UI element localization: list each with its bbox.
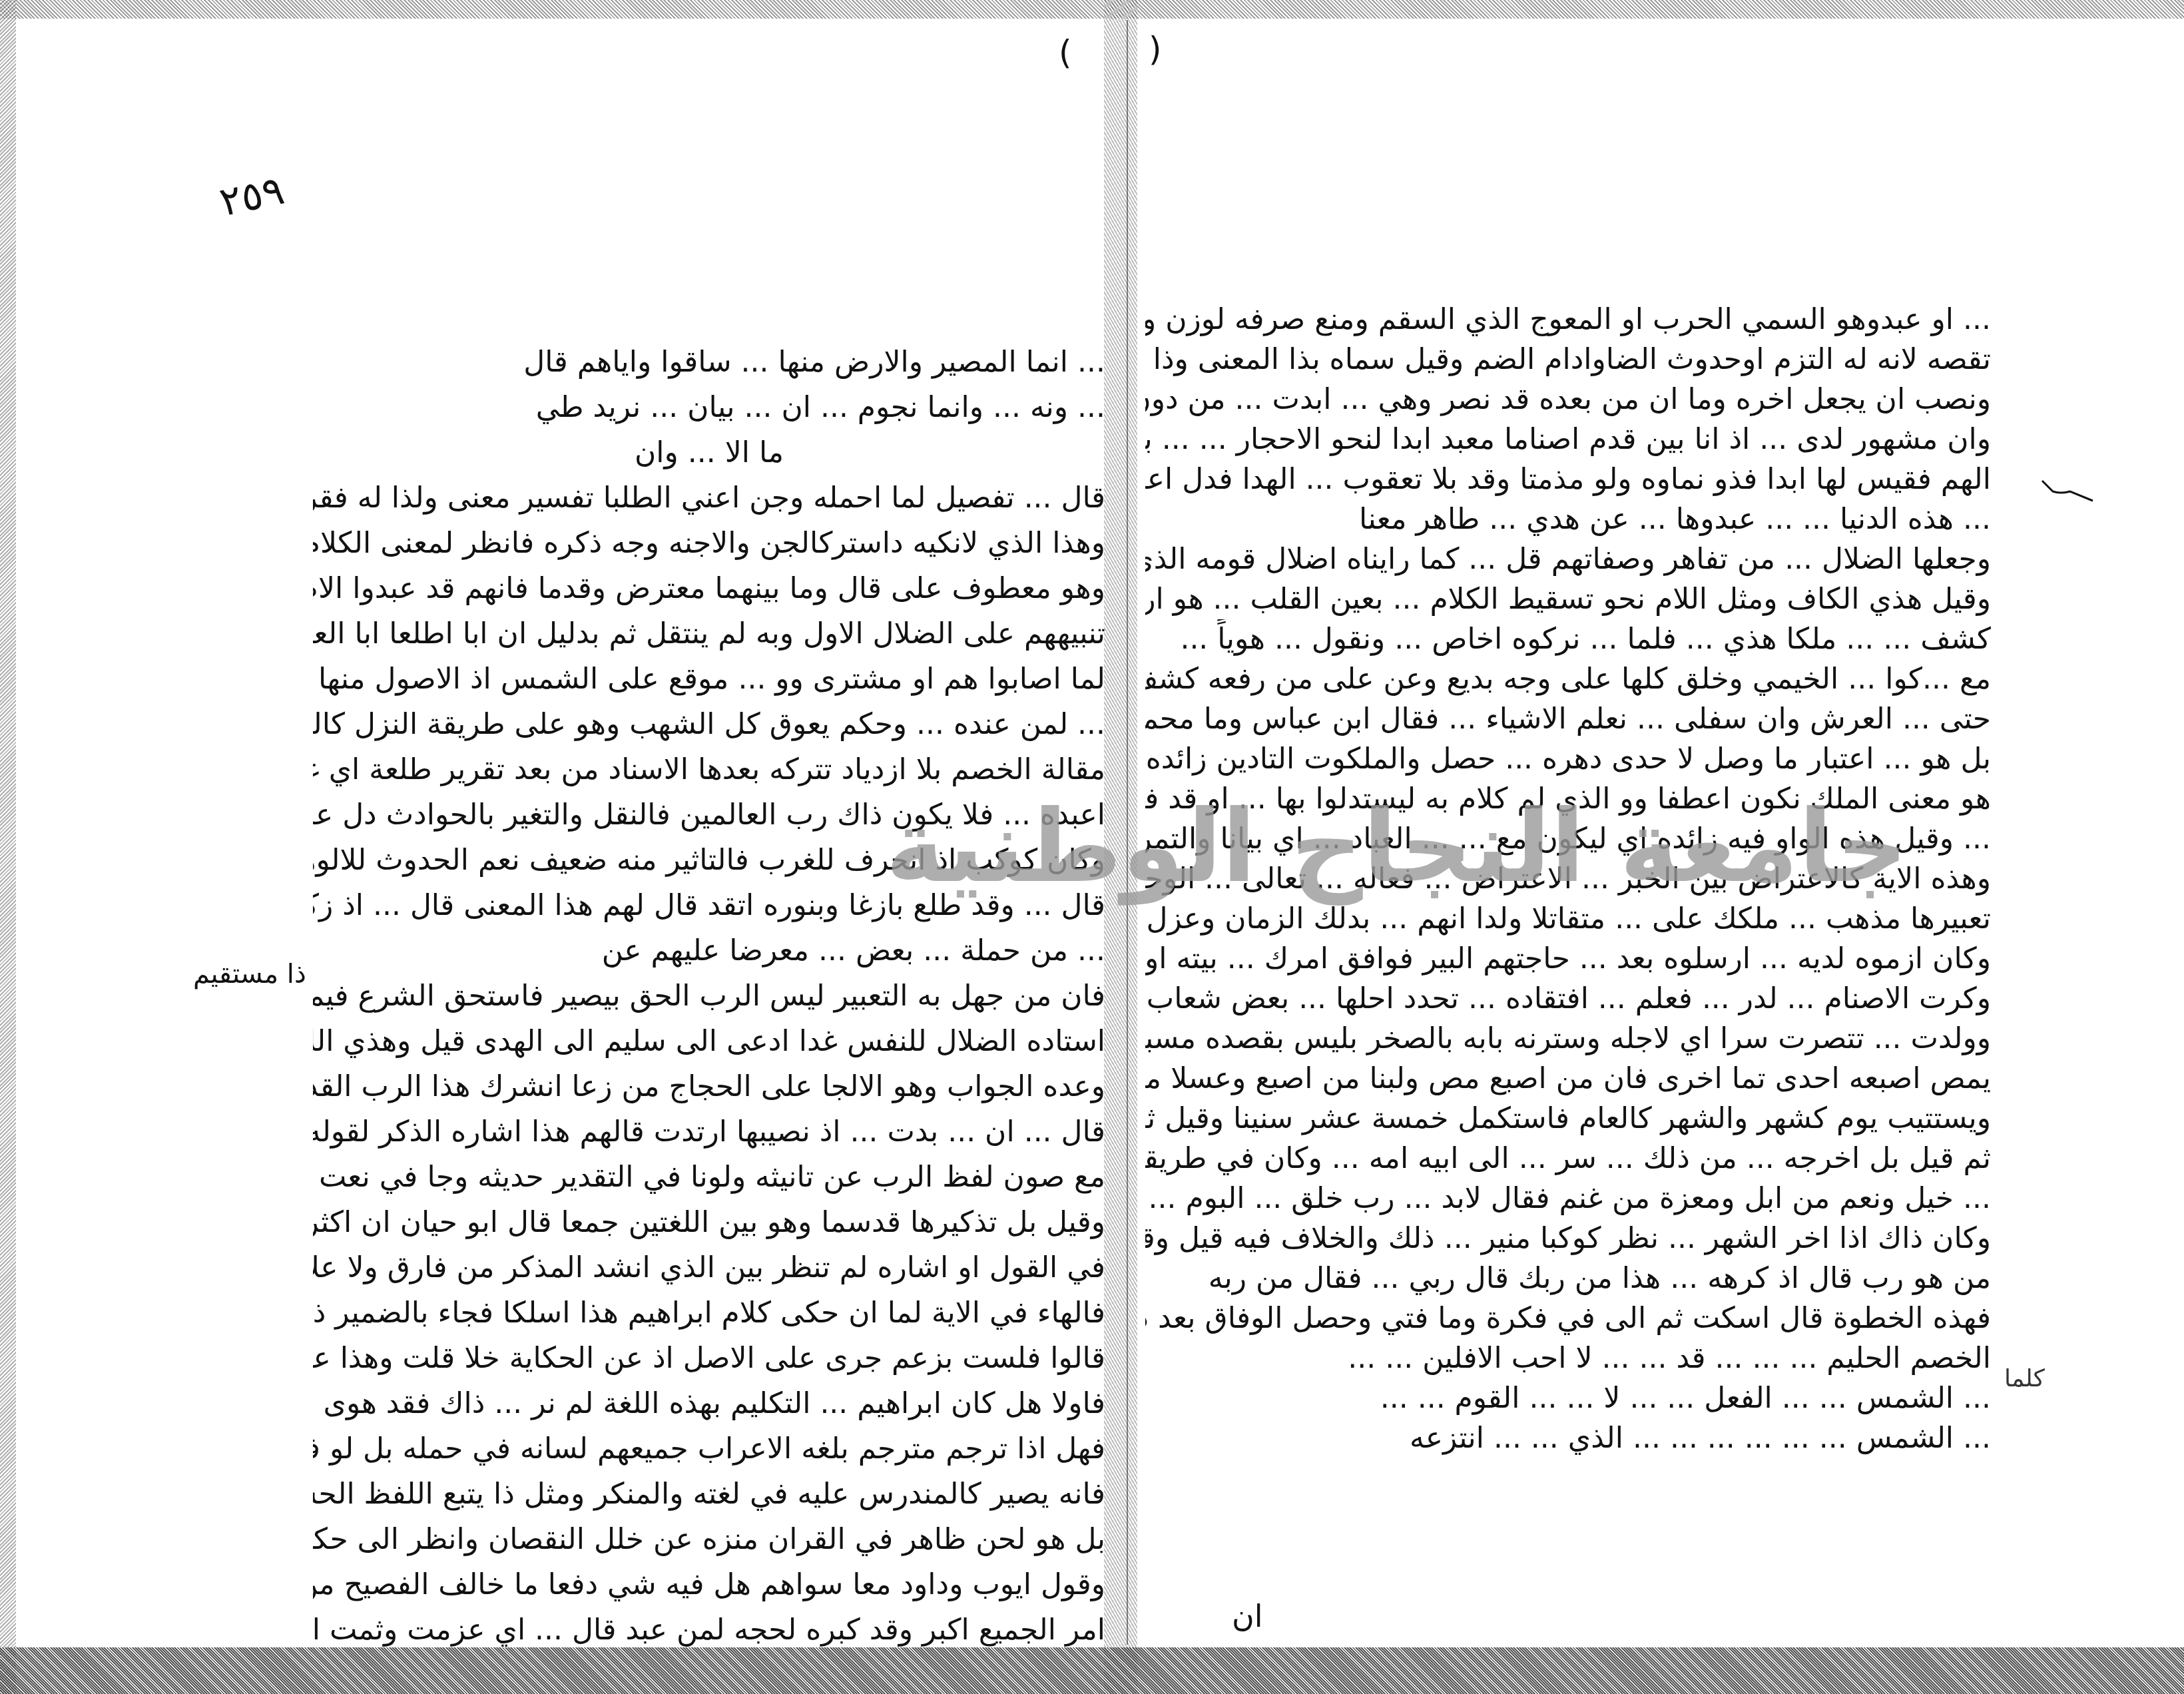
manuscript-line: تعبيرها مذهب ... ملكك على ... متقاتلا ول… xyxy=(1145,899,1991,939)
margin-note-left: ذا مستقيم xyxy=(193,959,306,989)
manuscript-line: قال ... وقد طلع بازغا وبنوره اتقد قال له… xyxy=(313,883,1105,928)
manuscript-line: فان من جهل به التعبير ليس الرب الحق بيصي… xyxy=(313,974,1105,1019)
manuscript-line: مع ...كوا ... الخيمي وخلق كلها على وجه ب… xyxy=(1145,659,1991,699)
book-gutter-shadow xyxy=(1104,0,1137,1694)
manuscript-line: لما اصابوا هم او مشترى وو ... موقع على ا… xyxy=(313,657,1105,702)
manuscript-line: الهم فقيس لها ابدا فذو نماوه ولو مذمتا و… xyxy=(1145,459,1991,499)
right-page: ... او عبدوهو السمي الحرب او المعوج الذي… xyxy=(1145,300,1991,1458)
manuscript-line: ... الشمس ... ... ... ... ... ... الذي .… xyxy=(1145,1418,1991,1458)
manuscript-line: امر الجميع اكبر وقد كبره لحجه لمن عبد قا… xyxy=(313,1607,1105,1653)
manuscript-line: ... هذه الدنيا ... ... عبدوها ... عن هدي… xyxy=(1145,499,1991,539)
manuscript-line: تقصه لانه له التزم اوحدوث الضاوادام الضم… xyxy=(1145,340,1991,380)
gutter-fold-line xyxy=(1127,20,1128,1645)
scan-shadow-top xyxy=(0,0,2184,19)
manuscript-line: ويستتيب يوم كشهر والشهر كالعام فاستكمل خ… xyxy=(1145,1099,1991,1139)
scan-shadow-left xyxy=(0,0,16,1694)
left-page: ... انما المصير والارض منها ... ساقوا وا… xyxy=(313,340,1105,1653)
manuscript-line: وان مشهور لدى ... اذ انا بين قدم اصناما … xyxy=(1145,420,1991,459)
margin-note-right: كلما xyxy=(2004,1365,2045,1392)
manuscript-line: وكان ازموه لديه ... ارسلوه بعد ... حاجته… xyxy=(1145,939,1991,979)
manuscript-line: ... وقيل هذه الواو فيه زائده اي ليكون مع… xyxy=(1145,819,1991,859)
manuscript-line: وكان ذاك اذا اخر الشهر ... نظر كوكبا مني… xyxy=(1145,1219,1991,1259)
manuscript-line: استاده الضلال للنفس غدا ادعى الى سليم ال… xyxy=(313,1019,1105,1064)
manuscript-line: حتى ... العرش وان سفلى ... نعلم الاشياء … xyxy=(1145,699,1991,739)
manuscript-line: ونصب ان يجعل اخره وما ان من بعده قد نصر … xyxy=(1145,380,1991,420)
manuscript-line: يمص اصبعه احدى تما اخرى فان من اصبع مص و… xyxy=(1145,1059,1991,1099)
manuscript-line: قال ... تفصيل لما احمله وجن اعني الطلبا … xyxy=(313,475,1105,521)
manuscript-line: ... انما المصير والارض منها ... ساقوا وا… xyxy=(313,340,1105,385)
folio-number: ٢٥٩ xyxy=(216,167,288,226)
top-mark-right: ) xyxy=(1149,30,1162,69)
manuscript-line: وولدت ... تتصرت سرا اي لاجله وسترنه بابه… xyxy=(1145,1019,1991,1059)
manuscript-line: قالوا فلست بزعم جرى على الاصل اذ عن الحك… xyxy=(313,1336,1105,1381)
manuscript-line: ... من حملة ... بعض ... معرضا عليهم عن xyxy=(313,928,1105,974)
manuscript-line: وقيل بل تذكيرها قدسما وهو بين اللغتين جم… xyxy=(313,1200,1105,1245)
manuscript-line: وهذا الذي لانكيه داستركالجن والاجنه وجه … xyxy=(313,521,1105,566)
manuscript-line: من هو رب قال اذ كرهه ... هذا من ربك قال … xyxy=(1145,1259,1991,1298)
manuscript-line: بل هو لحن ظاهر في القران منزه عن خلل الن… xyxy=(313,1517,1105,1562)
manuscript-line: وهو معطوف على قال وما بينهما معترض وقدما… xyxy=(313,566,1105,611)
manuscript-line: وكان كوكب اذ انحرف للغرب فالتاثير منه ضع… xyxy=(313,838,1105,883)
manuscript-line: فانه يصير كالمندرس عليه في لغته والمنكر … xyxy=(313,1472,1105,1517)
margin-stroke-mark xyxy=(2041,479,2094,506)
manuscript-line: هو معنى الملك نكون اعطفا وو الذي لم كلام… xyxy=(1145,779,1991,819)
manuscript-line: الخصم الحليم ... ... ... قد ... ... لا ا… xyxy=(1145,1338,1991,1378)
manuscript-line: في القول او اشاره لم تنظر بين الذي انشد … xyxy=(313,1245,1105,1290)
manuscript-line: ... خيل ونعم من ابل ومعزة من غنم فقال لا… xyxy=(1145,1179,1991,1219)
manuscript-line: وجعلها الضلال ... من تفاهر وصفاتهم قل ..… xyxy=(1145,539,1991,579)
manuscript-line: فاولا هل كان ابراهيم ... التكليم بهذه ال… xyxy=(313,1381,1105,1426)
manuscript-line: بل هو ... اعتبار ما وصل لا حدى دهره ... … xyxy=(1145,739,1991,779)
manuscript-line: ثم قيل بل اخرجه ... من ذلك ... سر ... ال… xyxy=(1145,1139,1991,1179)
manuscript-line: ... او عبدوهو السمي الحرب او المعوج الذي… xyxy=(1145,300,1991,340)
manuscript-line: فهذه الخطوة قال اسكت ثم الى في فكرة وما … xyxy=(1145,1298,1991,1338)
manuscript-line: مقالة الخصم بلا ازدياد تتركه بعدها الاسن… xyxy=(313,747,1105,792)
manuscript-line: ... ونه ... وانما نجوم ... ان ... بيان .… xyxy=(313,385,1105,430)
catchword: ان xyxy=(1232,1598,1263,1634)
manuscript-line: وقول ايوب وداود معا سواهم هل فيه شي دفعا… xyxy=(313,1562,1105,1607)
manuscript-line: ... لمن عنده ... وحكم يعوق كل الشهب وهو … xyxy=(313,702,1105,747)
manuscript-line: وكرت الاصنام ... لدر ... فعلم ... افتقاد… xyxy=(1145,979,1991,1019)
manuscript-line: فالهاء في الاية لما ان حكى كلام ابراهيم … xyxy=(313,1290,1105,1336)
manuscript-line: ... الشمس ... ... الفعل ... ... لا ... .… xyxy=(1145,1378,1991,1418)
manuscript-line: تنبيههم على الضلال الاول وبه لم ينتقل ثم… xyxy=(313,611,1105,657)
manuscript-line: فهل اذا ترجم مترجم بلغه الاعراب جميعهم ل… xyxy=(313,1426,1105,1472)
scan-shadow-bottom xyxy=(0,1647,2184,1694)
manuscript-line: ما الا ... وان xyxy=(313,430,1105,475)
manuscript-line: وعده الجواب وهو الالجا على الحجاج من زعا… xyxy=(313,1064,1105,1109)
top-mark-left: ( xyxy=(1059,33,1072,72)
manuscript-line: قال ... ان ... بدت ... اذ نصيبها ارتدت ق… xyxy=(313,1109,1105,1155)
manuscript-line: وقيل هذي الكاف ومثل اللام نحو تسقيط الكل… xyxy=(1145,579,1991,619)
manuscript-line: مع صون لفظ الرب عن تانيثه ولونا في التقد… xyxy=(313,1155,1105,1200)
manuscript-line: اعبده ... فلا يكون ذاك رب العالمين فالنق… xyxy=(313,792,1105,838)
manuscript-line: كشف ... ... ملكا هذي ... فلما ... نركوه … xyxy=(1145,619,1991,659)
manuscript-line: وهذه الاية كالاعتراض بين الخبر ... الاعت… xyxy=(1145,859,1991,899)
